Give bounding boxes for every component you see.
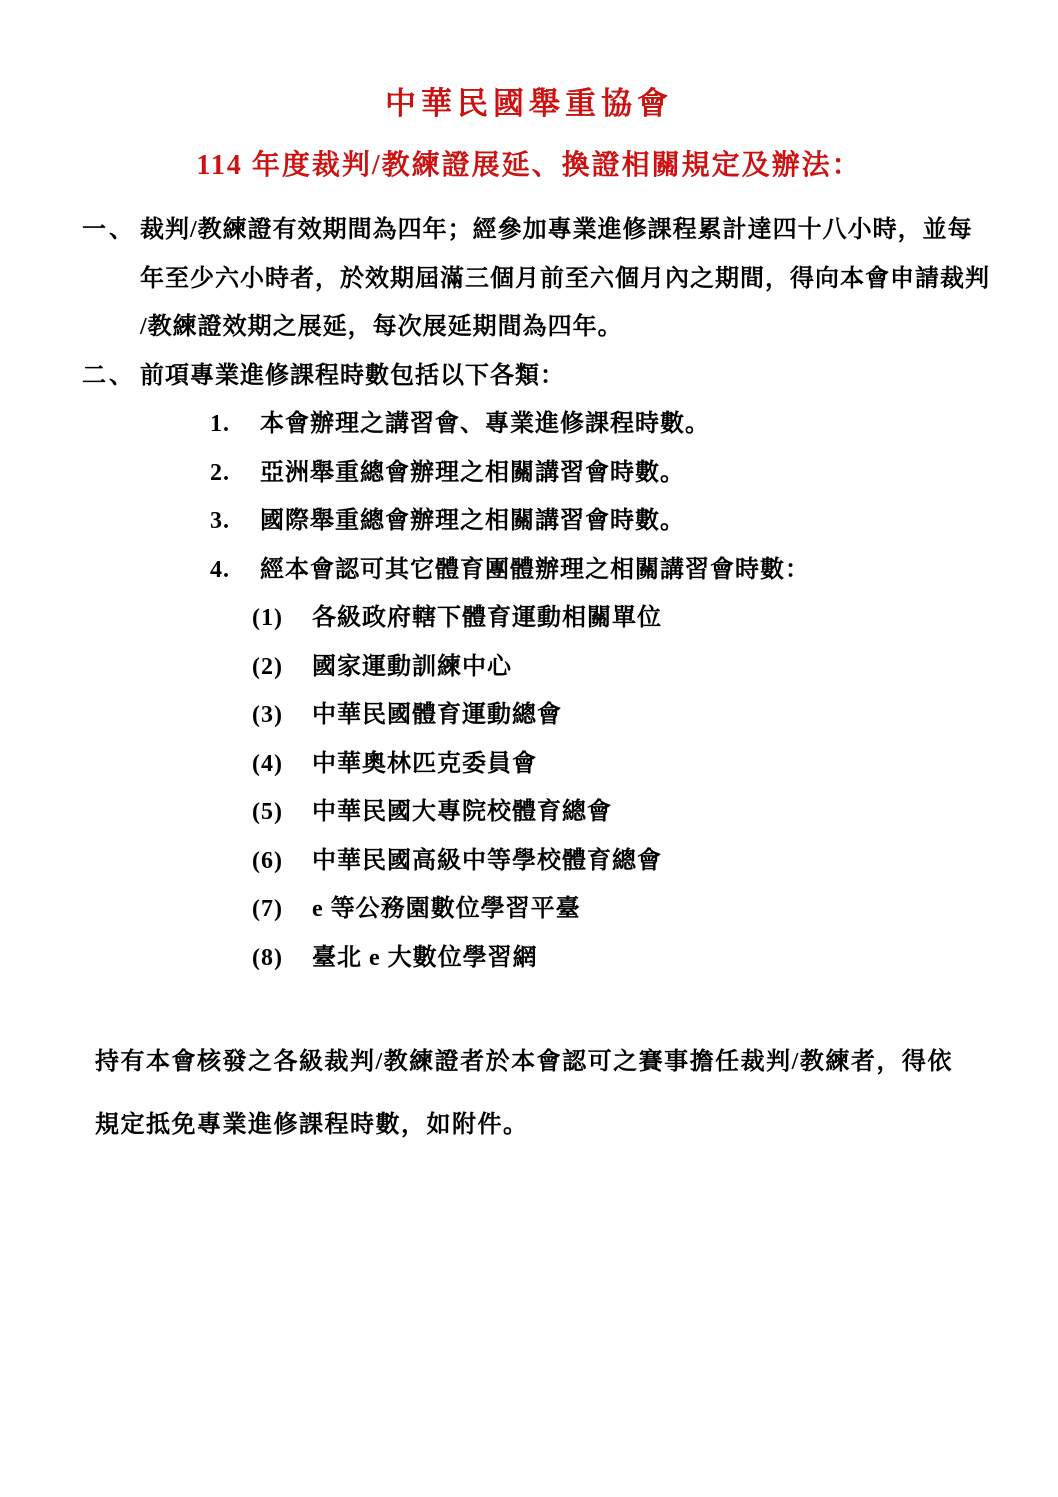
sub-list: (1) 各級政府轄下體育運動相關單位 (2) 國家運動訓練中心 (3) 中華民國…: [0, 594, 1058, 982]
sub-item-5-marker: (5): [252, 788, 283, 837]
numbered-item-4: 4. 經本會認可其它體育團體辦理之相關講習會時數：: [0, 546, 1058, 595]
sub-item-5: (5) 中華民國大專院校體育總會: [0, 788, 1058, 837]
sub-item-6: (6) 中華民國高級中等學校體育總會: [0, 837, 1058, 886]
numbered-item-1: 1. 本會辦理之講習會、專業進修課程時數。: [0, 400, 1058, 449]
sub-item-1-text: 各級政府轄下體育運動相關單位: [312, 605, 662, 631]
sub-item-4: (4) 中華奧林匹克委員會: [0, 740, 1058, 789]
sub-item-7-text: e 等公務園數位學習平臺: [312, 896, 581, 922]
clause-2-marker: 二、: [82, 352, 136, 401]
sub-item-5-text: 中華民國大專院校體育總會: [312, 799, 612, 825]
sub-item-1-marker: (1): [252, 594, 283, 643]
clause-2: 二、 前項專業進修課程時數包括以下各類：: [0, 352, 1058, 401]
document-subtitle: 114 年度裁判/教練證展延、換證相關規定及辦法：: [0, 143, 1058, 183]
sub-item-3: (3) 中華民國體育運動總會: [0, 691, 1058, 740]
sub-item-3-text: 中華民國體育運動總會: [312, 702, 562, 728]
clause-1-line-1: 裁判/教練證有效期間為四年；經參加專業進修課程累計達四十八小時，並每: [140, 206, 978, 255]
sub-item-8: (8) 臺北 e 大數位學習網: [0, 934, 1058, 983]
sub-item-4-marker: (4): [252, 740, 283, 789]
sub-item-8-marker: (8): [252, 934, 283, 983]
sub-item-6-marker: (6): [252, 837, 283, 886]
sub-item-2: (2) 國家運動訓練中心: [0, 643, 1058, 692]
closing-paragraph: 持有本會核發之各級裁判/教練證者於本會認可之賽事擔任裁判/教練者，得依 規定抵免…: [95, 1031, 995, 1157]
numbered-item-2: 2. 亞洲舉重總會辦理之相關講習會時數。: [0, 449, 1058, 498]
document-page: 中華民國舉重協會 114 年度裁判/教練證展延、換證相關規定及辦法： 一、 裁判…: [0, 0, 1058, 1497]
sub-item-1: (1) 各級政府轄下體育運動相關單位: [0, 594, 1058, 643]
closing-line-1: 持有本會核發之各級裁判/教練證者於本會認可之賽事擔任裁判/教練者，得依: [95, 1031, 995, 1094]
sub-item-7-marker: (7): [252, 885, 283, 934]
numbered-item-4-marker: 4.: [210, 546, 230, 595]
numbered-list: 1. 本會辦理之講習會、專業進修課程時數。 2. 亞洲舉重總會辦理之相關講習會時…: [0, 400, 1058, 594]
clause-2-line-1: 前項專業進修課程時數包括以下各類：: [140, 352, 978, 401]
clause-1-line-3: /教練證效期之展延，每次展延期間為四年。: [140, 303, 978, 352]
numbered-item-1-text: 本會辦理之講習會、專業進修課程時數。: [260, 411, 710, 437]
numbered-item-2-marker: 2.: [210, 449, 230, 498]
sub-item-2-marker: (2): [252, 643, 283, 692]
closing-line-2: 規定抵免專業進修課程時數，如附件。: [95, 1094, 995, 1157]
document-title: 中華民國舉重協會: [0, 78, 1058, 123]
clause-1-line-2: 年至少六小時者，於效期屆滿三個月前至六個月內之期間，得向本會申請裁判: [140, 255, 978, 304]
numbered-item-3: 3. 國際舉重總會辦理之相關講習會時數。: [0, 497, 1058, 546]
document-body: 一、 裁判/教練證有效期間為四年；經參加專業進修課程累計達四十八小時，並每 年至…: [0, 206, 1058, 982]
clause-1-marker: 一、: [82, 206, 136, 255]
sub-item-4-text: 中華奧林匹克委員會: [312, 751, 537, 777]
sub-item-8-text: 臺北 e 大數位學習網: [312, 945, 538, 971]
sub-item-7: (7) e 等公務園數位學習平臺: [0, 885, 1058, 934]
numbered-item-2-text: 亞洲舉重總會辦理之相關講習會時數。: [260, 460, 685, 486]
numbered-item-3-marker: 3.: [210, 497, 230, 546]
sub-item-2-text: 國家運動訓練中心: [312, 654, 512, 680]
sub-item-6-text: 中華民國高級中等學校體育總會: [312, 848, 662, 874]
numbered-item-3-text: 國際舉重總會辦理之相關講習會時數。: [260, 508, 685, 534]
numbered-item-4-text: 經本會認可其它體育團體辦理之相關講習會時數：: [260, 557, 810, 583]
clause-1: 一、 裁判/教練證有效期間為四年；經參加專業進修課程累計達四十八小時，並每 年至…: [0, 206, 1058, 352]
sub-item-3-marker: (3): [252, 691, 283, 740]
numbered-item-1-marker: 1.: [210, 400, 230, 449]
